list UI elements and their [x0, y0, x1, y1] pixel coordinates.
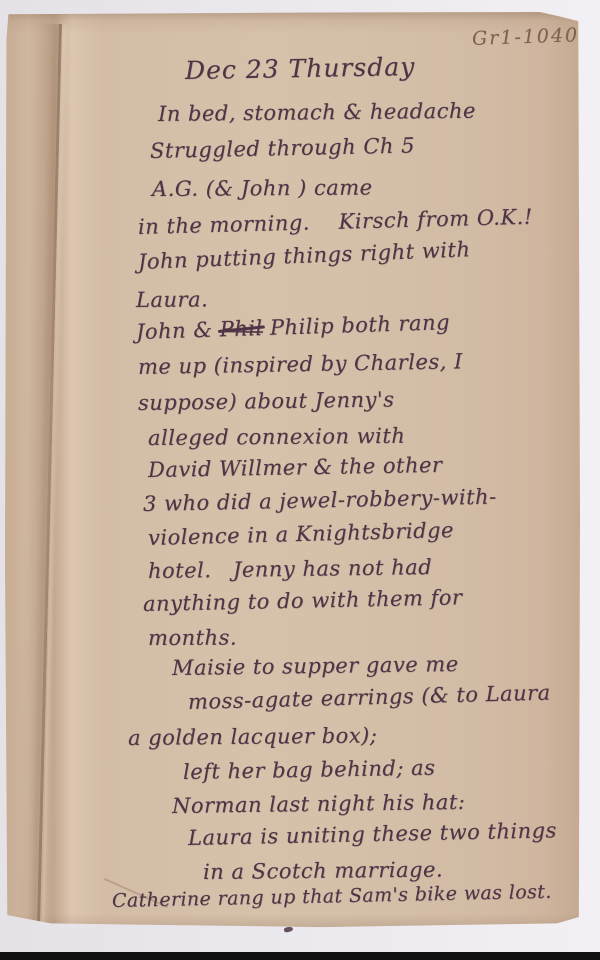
- diary-line-3: A.G. (& John ) came: [152, 177, 373, 200]
- line-segment: John &: [136, 317, 220, 344]
- diary-line-23: in a Scotch marriage.: [203, 859, 443, 883]
- page-fold-shading: [16, 24, 61, 938]
- diary-line-2: Struggled through Ch 5: [150, 135, 415, 162]
- diary-line-14: hotel. Jenny has not had: [148, 557, 432, 582]
- scan-backdrop: Gr1-1040 Dec 23 Thursday In bed, stomach…: [0, 0, 600, 960]
- diary-line-1: In bed, stomach & headache: [158, 101, 476, 125]
- diary-line-20: left her bag behind; as: [183, 758, 436, 783]
- diary-line-9: suppose) about Jenny's: [138, 389, 395, 414]
- diary-line-10: alleged connexion with: [148, 426, 405, 449]
- diary-line-11: David Willmer & the other: [148, 455, 443, 481]
- diary-line-16: months.: [148, 628, 237, 649]
- diary-line-6: Laura.: [136, 289, 208, 311]
- archive-number: Gr1-1040: [472, 24, 580, 50]
- diary-heading: Dec 23 Thursday: [185, 54, 416, 83]
- struck-word: Phil: [219, 316, 263, 341]
- diary-line-8: me up (inspired by Charles, I: [138, 351, 463, 378]
- scanner-bottom-bar: [0, 952, 600, 960]
- stray-ink-mark: [284, 926, 294, 933]
- diary-line-17: Maisie to supper gave me: [172, 654, 459, 679]
- diary-line-19: a golden lacquer box);: [128, 725, 378, 749]
- diary-line-21: Norman last night his hat:: [172, 792, 466, 817]
